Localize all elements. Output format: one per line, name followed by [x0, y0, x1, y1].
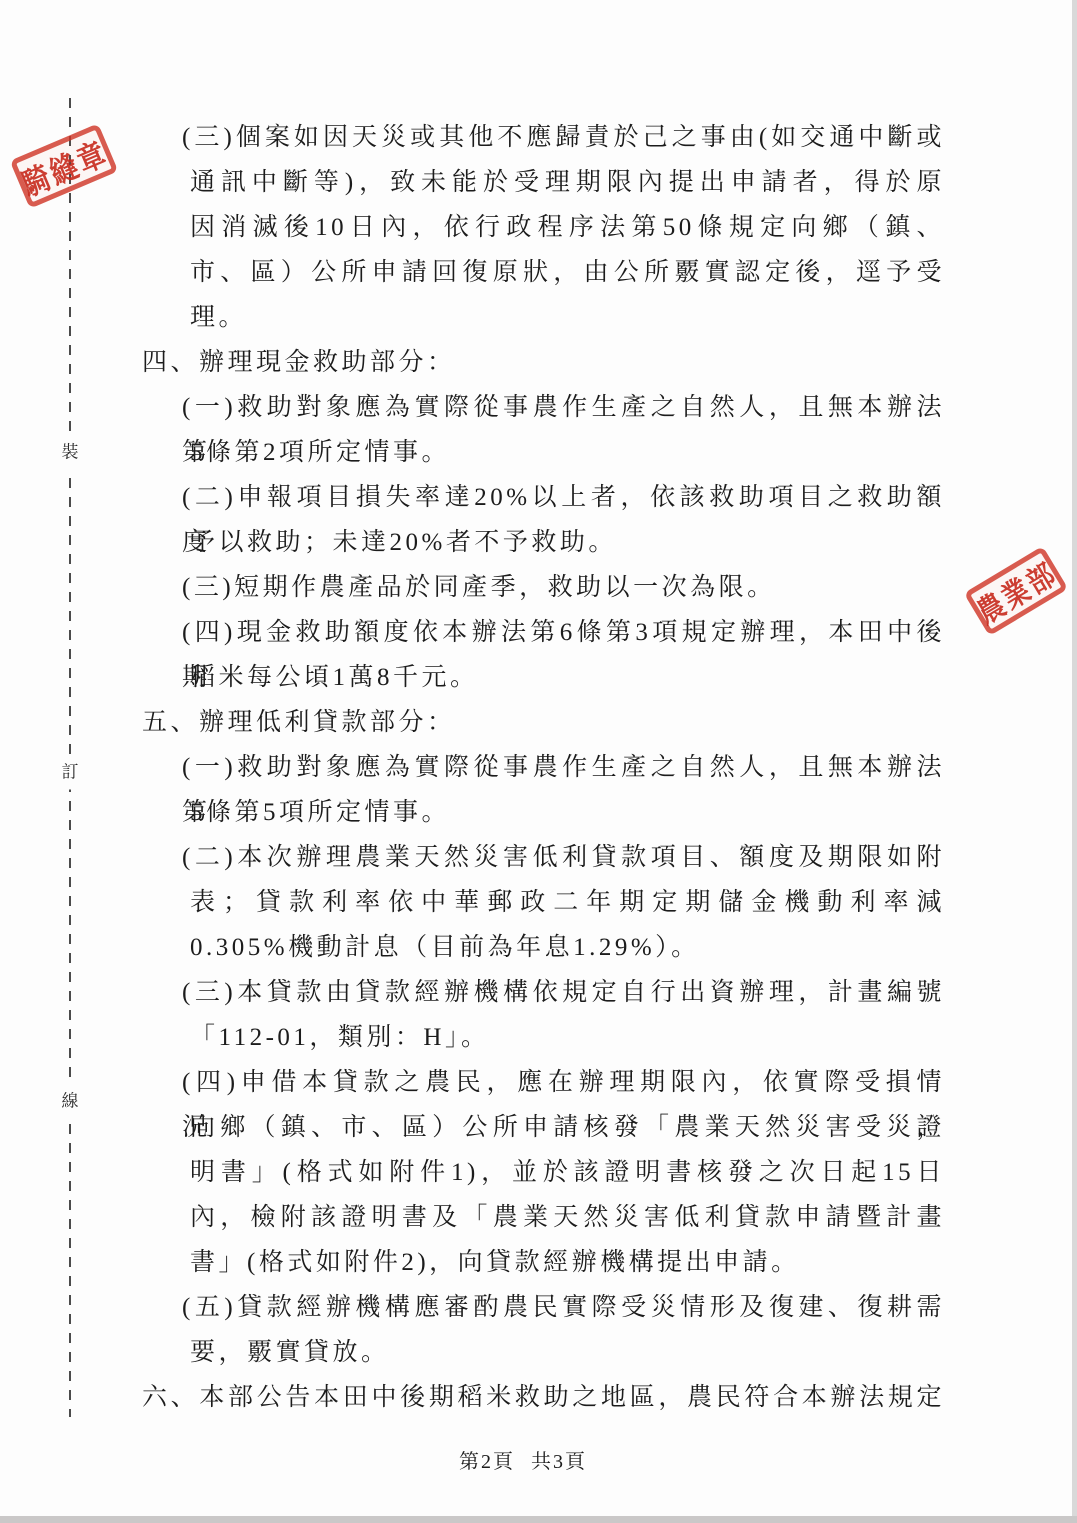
- document-line: 因消滅後10日內，依行政程序法第50條規定向鄉（鎮、: [0, 205, 1077, 250]
- document-line: 5條第5項所定情事。: [0, 790, 1077, 835]
- document-line: 要，覈實貸放。: [0, 1330, 1077, 1375]
- document-body: (三)個案如因天災或其他不應歸責於己之事由(如交通中斷或通訊中斷等)，致未能於受…: [0, 115, 1077, 1420]
- document-line: 0.305%機動計息（目前為年息1.29%）。: [0, 925, 1077, 970]
- document-line: (三)個案如因天災或其他不應歸責於己之事由(如交通中斷或: [0, 115, 1077, 160]
- document-page: 裝 訂 線 騎縫章 農業部 (三)個案如因天災或其他不應歸責於己之事由(如交通中…: [0, 0, 1077, 1523]
- scan-edge-right: [1072, 0, 1077, 1523]
- document-line: (一)救助對象應為實際從事農作生產之自然人，且無本辦法第: [0, 745, 1077, 790]
- scan-edge-bottom: [0, 1516, 1077, 1523]
- document-line: 市、區）公所申請回復原狀，由公所覈實認定後，逕予受: [0, 250, 1077, 295]
- document-line: (五)貸款經辦機構應審酌農民實際受災情形及復建、復耕需: [0, 1285, 1077, 1330]
- document-line: 內，檢附該證明書及「農業天然災害低利貸款申請暨計畫: [0, 1195, 1077, 1240]
- document-line: 通訊中斷等)，致未能於受理期限內提出申請者，得於原: [0, 160, 1077, 205]
- document-line: (四)申借本貸款之農民，應在辦理期限內，依實際受損情況，: [0, 1060, 1077, 1105]
- document-line: 書」(格式如附件2)，向貸款經辦機構提出申請。: [0, 1240, 1077, 1285]
- document-line: (三)短期作農產品於同產季，救助以一次為限。: [0, 565, 1077, 610]
- document-line: 理。: [0, 295, 1077, 340]
- document-line: 稻米每公頃1萬8千元。: [0, 655, 1077, 700]
- document-line: 五、辦理低利貸款部分：: [0, 700, 1077, 745]
- document-line: 5條第2項所定情事。: [0, 430, 1077, 475]
- document-line: (一)救助對象應為實際從事農作生產之自然人，且無本辦法第: [0, 385, 1077, 430]
- document-line: 六、本部公告本田中後期稻米救助之地區，農民符合本辦法規定: [0, 1375, 1077, 1420]
- document-line: 「112-01，類別：H」。: [0, 1015, 1077, 1060]
- document-line: 四、辦理現金救助部分：: [0, 340, 1077, 385]
- document-line: 表；貸款利率依中華郵政二年期定期儲金機動利率減: [0, 880, 1077, 925]
- document-line: (三)本貸款由貸款經辦機構依規定自行出資辦理，計畫編號: [0, 970, 1077, 1015]
- page-total: 共3頁: [531, 1448, 587, 1476]
- document-line: (二)申報項目損失率達20%以上者，依該救助項目之救助額度: [0, 475, 1077, 520]
- document-line: 向鄉（鎮、市、區）公所申請核發「農業天然災害受災證: [0, 1105, 1077, 1150]
- page-footer: 第2頁 共3頁: [459, 1448, 587, 1476]
- document-line: (二)本次辦理農業天然災害低利貸款項目、額度及期限如附: [0, 835, 1077, 880]
- document-line: 予以救助；未達20%者不予救助。: [0, 520, 1077, 565]
- document-line: 明書」(格式如附件1)，並於該證明書核發之次日起15日: [0, 1150, 1077, 1195]
- page-number: 第2頁: [459, 1448, 515, 1476]
- document-line: (四)現金救助額度依本辦法第6條第3項規定辦理，本田中後期: [0, 610, 1077, 655]
